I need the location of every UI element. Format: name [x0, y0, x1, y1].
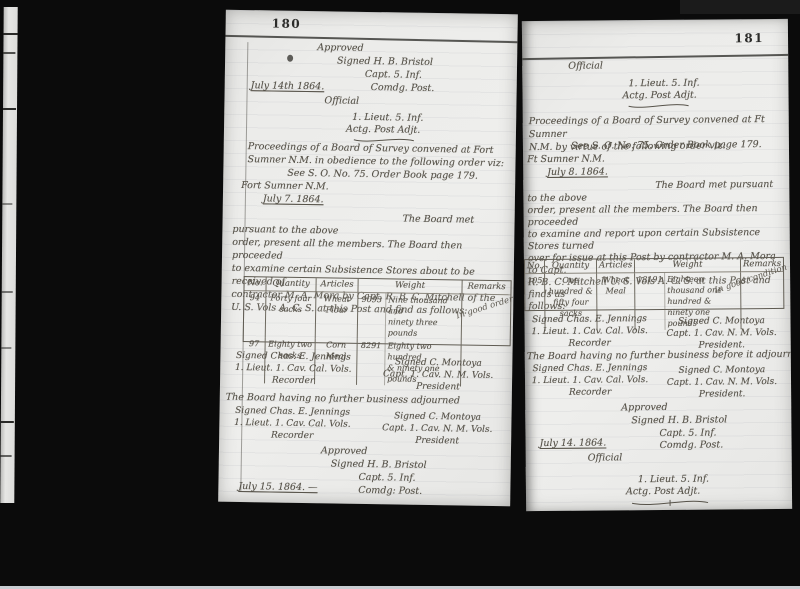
col-header-no: No.	[525, 260, 545, 274]
flourish-underline	[630, 498, 710, 509]
adjutant-rank: 1. Lieut. 5. Inf.	[628, 78, 699, 91]
president-title: President	[372, 380, 504, 394]
official-label: Official	[588, 452, 623, 464]
cell-article: Wheat Flour	[316, 292, 359, 339]
recorder-signature-block: Signed Chas. E. Jennings 1. Lieut. 1. Ca…	[228, 350, 359, 388]
date-line: July 14th 1864.	[251, 80, 325, 93]
approved-label: Approved	[621, 402, 667, 414]
president-unit: Capt. 1. Cav. N. M. Vols.	[371, 422, 503, 436]
signature-line: Signed H. B. Bristol	[631, 414, 727, 427]
recorder-unit: 1. Lieut. 1. Cav. Cal. Vols.	[527, 325, 653, 338]
header-rule	[225, 35, 517, 43]
order-date: July 7. 1864.	[263, 193, 324, 206]
approved-label: Approved	[317, 42, 364, 55]
adjutant-title: Actg. Post Adjt.	[622, 90, 696, 103]
adjutant-title: Actg. Post Adjt.	[626, 486, 700, 499]
signature-line: Signed H. B. Bristol	[337, 55, 433, 69]
recorder-unit: 1. Lieut. 1. Cav. Cal. Vols.	[527, 374, 653, 387]
flourish-underline	[627, 102, 691, 111]
page-number: 181	[734, 31, 764, 45]
ledger-page-180: 180 Approved Signed H. B. Bristol Capt. …	[218, 10, 518, 507]
ledger-page-181: 181 Official 1. Lieut. 5. Inf. Actg. Pos…	[522, 19, 792, 511]
film-edge-shade	[680, 0, 800, 14]
official-label: Official	[568, 60, 603, 72]
col-header-quantity: Quantity	[545, 260, 597, 274]
adjutant-rank: 1. Lieut. 5. Inf.	[638, 474, 709, 487]
order-date: July 8. 1864.	[547, 166, 608, 179]
president-signed: Signed C. Montoya	[658, 315, 784, 328]
recorder-unit: 1. Lieut. 1. Cav. Cal. Vols.	[228, 362, 358, 376]
recorder-unit: 1. Lieut. 1. Cav. Cal. Vols.	[227, 417, 357, 431]
cell-weight-figure: 9093	[358, 293, 387, 339]
order-reference: See S. O. No. 75. Order Book page 179.	[571, 139, 762, 153]
approved-label: Approved	[321, 445, 368, 458]
place-line: Fort Sumner N.M.	[241, 180, 329, 193]
date-line: July 14. 1864.	[540, 437, 607, 450]
col-header-remarks: Remarks	[462, 280, 510, 295]
col-header-articles: Articles	[597, 259, 635, 273]
president-signature-block: Signed C. Montoya Capt. 1. Cav. N. M. Vo…	[659, 364, 785, 401]
adjourn-line: The Board having no further business bef…	[527, 349, 792, 363]
date-line: July 15. 1864. —	[238, 481, 317, 494]
president-unit: Capt. 1. Cav. N. M. Vols.	[659, 376, 785, 389]
adjutant-rank: 1. Lieut. 5. Inf.	[352, 112, 423, 125]
col-header-no: No.	[244, 277, 266, 291]
col-header-articles: Articles	[316, 278, 358, 293]
command-line: Comdg: Post.	[358, 485, 422, 498]
recorder-signed: Signed Chas. E. Jennings	[527, 362, 653, 375]
microfilm-scan: 180 Approved Signed H. B. Bristol Capt. …	[0, 0, 800, 589]
col-header-quantity: Quantity	[266, 277, 316, 292]
president-signature-block: Signed C. Montoya Capt. 1. Cav. N. M. Vo…	[372, 356, 505, 394]
president-signature-block: Signed C. Montoya Capt. 1. Cav. N. M. Vo…	[371, 410, 504, 448]
president-signed: Signed C. Montoya	[659, 364, 785, 377]
rank-line: Capt. 5. Inf.	[659, 427, 716, 439]
president-unit: Capt. 1. Cav. N. M. Vols.	[372, 368, 504, 382]
command-line: Comdg. Post.	[371, 82, 435, 95]
command-line: Comdg. Post.	[660, 439, 724, 452]
recorder-title: Recorder	[527, 337, 653, 350]
rank-line: Capt. 5. Inf.	[365, 69, 422, 82]
col-header-weight: Weight	[635, 258, 741, 273]
survey-table: No. Quantity Articles Weight Remarks 94 …	[243, 276, 512, 346]
header-rule	[522, 54, 788, 60]
signature-line: Signed H. B. Bristol	[331, 458, 427, 472]
page-number: 180	[272, 16, 302, 30]
recorder-signature-block: Signed Chas. E. Jennings 1. Lieut. 1. Ca…	[526, 313, 652, 350]
recorder-signature-block: Signed Chas. E. Jennings 1. Lieut. 1. Ca…	[527, 362, 653, 399]
ink-blot	[287, 55, 293, 62]
recorder-signed: Signed Chas. E. Jennings	[526, 313, 652, 326]
recorder-title: Recorder	[227, 429, 357, 443]
recorder-title: Recorder	[228, 374, 358, 388]
official-label: Official	[324, 95, 359, 108]
cell-quantity: Forty four sacks	[266, 291, 317, 338]
president-unit: Capt. 1. Cav. N. M. Vols.	[659, 327, 785, 340]
recorder-title: Recorder	[527, 386, 653, 399]
adjacent-page-edge	[0, 7, 17, 503]
president-signature-block: Signed C. Montoya Capt. 1. Cav. N. M. Vo…	[658, 315, 784, 352]
president-title: President	[371, 434, 503, 448]
president-title: President.	[659, 388, 785, 401]
recorder-signature-block: Signed Chas. E. Jennings 1. Lieut. 1. Ca…	[227, 405, 358, 443]
cell-weight-words: Nine thousand and ninety three pounds	[386, 293, 463, 340]
rank-line: Capt. 5. Inf.	[358, 472, 415, 485]
cell-no: 94	[244, 291, 267, 337]
survey-table: No. Quantity Articles Weight Remarks 105…	[524, 257, 784, 311]
proceedings-intro: Proceedings of a Board of Survey convene…	[247, 140, 509, 170]
place-line: Ft Sumner N.M.	[527, 153, 605, 166]
